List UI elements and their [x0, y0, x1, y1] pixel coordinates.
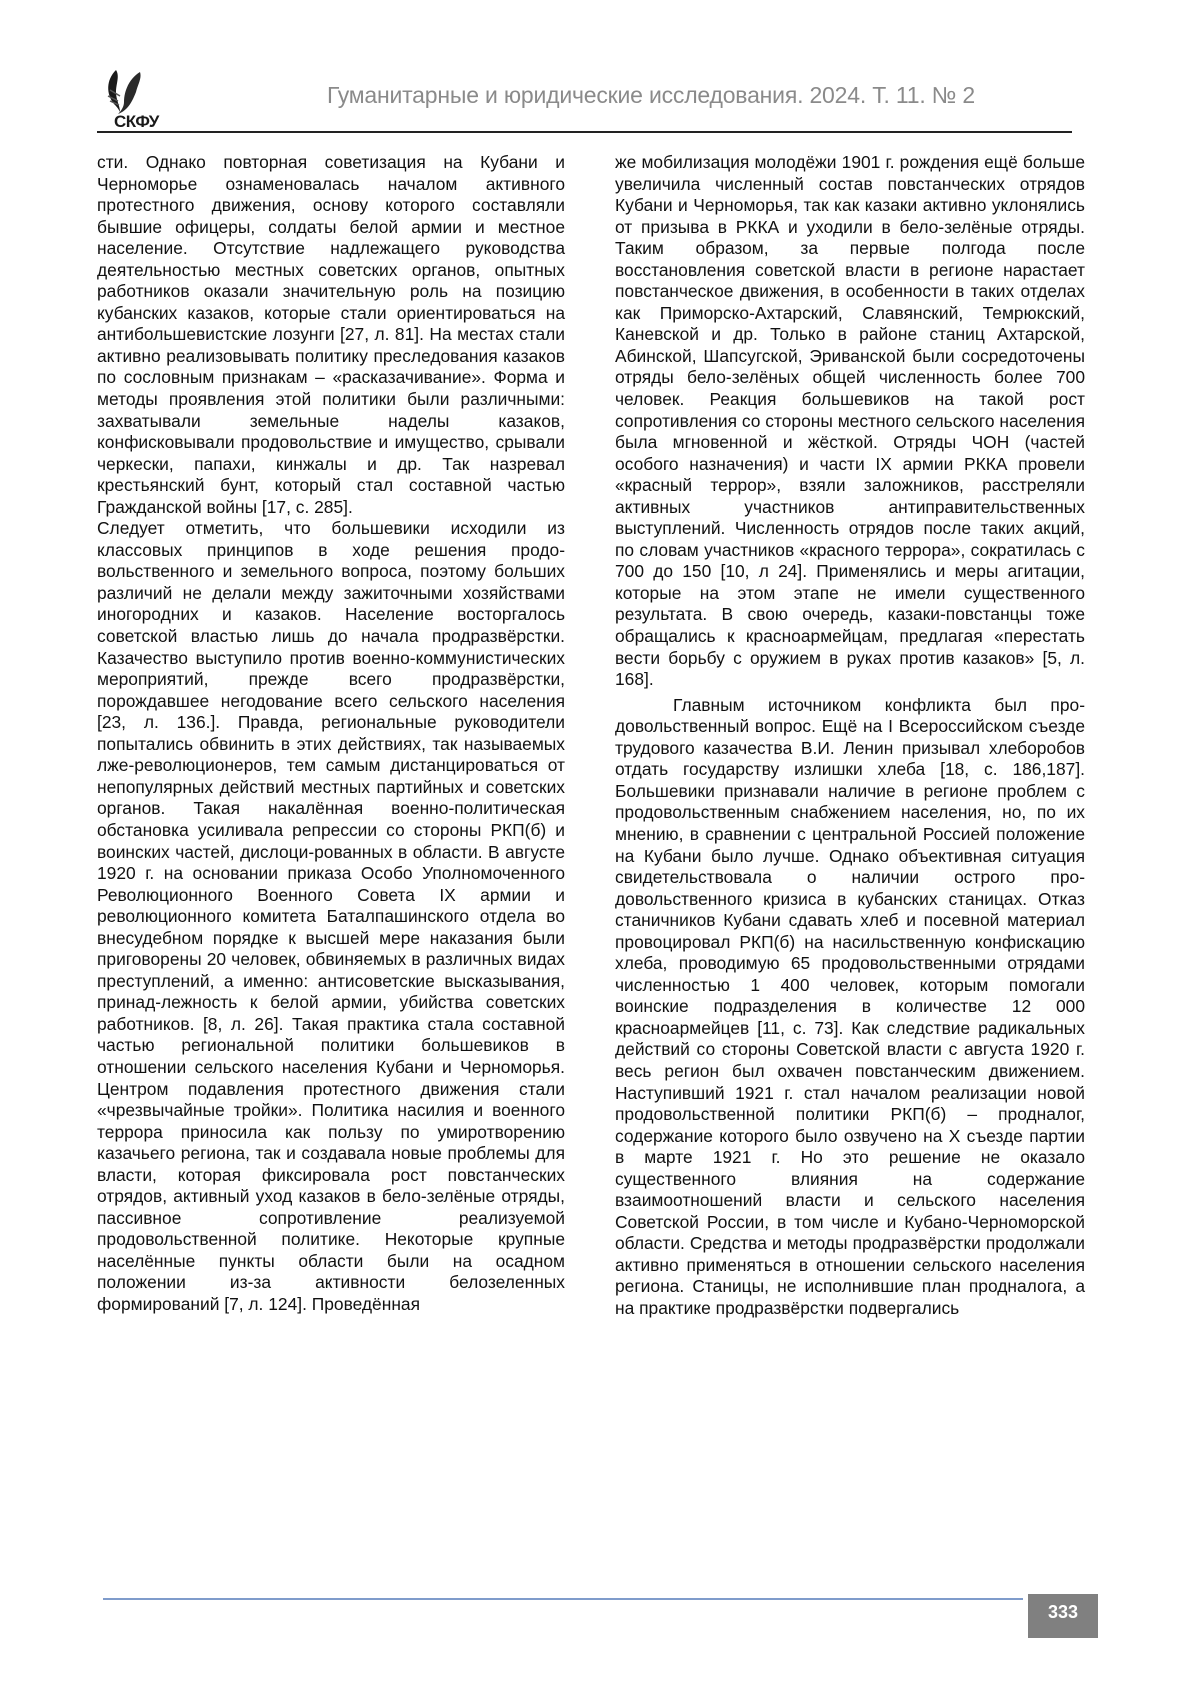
- paragraph: Главным источником конфликта был про­дов…: [615, 695, 1085, 1320]
- logo-text: СКФУ: [114, 112, 159, 132]
- footer-divider: [103, 1598, 1023, 1600]
- phoenix-wing-icon: [102, 68, 162, 118]
- paragraph: же мобилизация молодёжи 1901 г. рождения…: [615, 152, 1085, 691]
- paragraph: Следует отметить, что большевики исходил…: [97, 518, 565, 1315]
- page-number: 333: [1028, 1594, 1098, 1638]
- left-column: сти. Однако повторная советизация на Куб…: [97, 152, 565, 1316]
- page-header: СКФУ Гуманитарные и юридические исследов…: [97, 60, 1072, 132]
- journal-title: Гуманитарные и юридические исследования.…: [327, 82, 975, 109]
- right-column: же мобилизация молодёжи 1901 г. рождения…: [615, 152, 1085, 1320]
- header-divider: [97, 131, 1072, 133]
- paragraph: сти. Однако повторная советизация на Куб…: [97, 152, 565, 518]
- university-logo: СКФУ: [102, 68, 182, 130]
